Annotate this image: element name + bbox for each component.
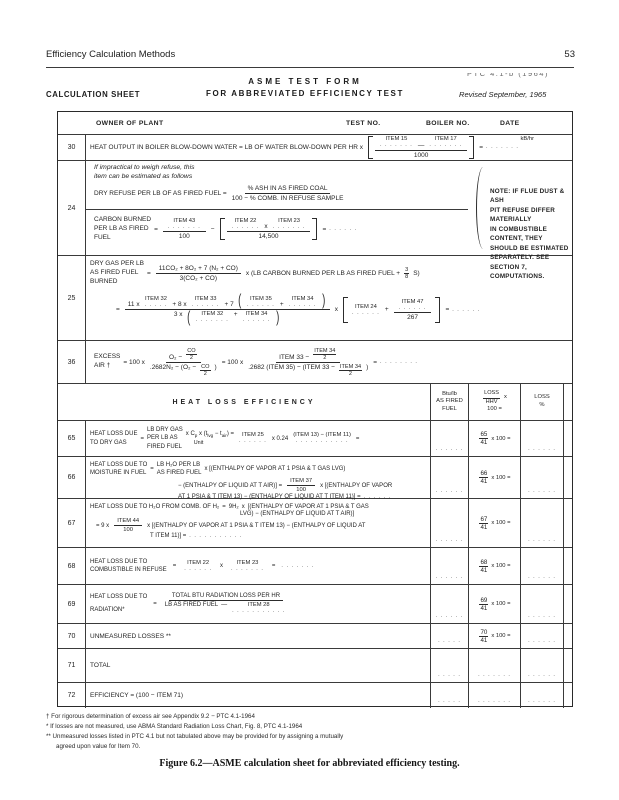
three-eighths-fraction: 3 8 <box>404 267 409 280</box>
fill-in-item-25: ITEM 25 . . . . . . <box>239 432 267 444</box>
btu-answer-blank: . . . . . <box>431 683 469 708</box>
loss-percent-column-header: LOSS % <box>521 384 564 420</box>
item-ratio-fraction: 11 x ITEM 32 . . . . . + 8 x ITEM 33 . .… <box>125 294 330 326</box>
answer-blank: . . . . . . . <box>281 563 314 569</box>
fill-in-item-34: ITEM 34 . . . . . . <box>289 296 317 308</box>
item-number: 67 <box>58 499 86 547</box>
row-68-formula: HEAT LOSS DUE TO COMBUSTIBLE IN REFUSE =… <box>86 548 431 584</box>
radiation-fraction: TOTAL BTU RADIATION LOSS PER HR LB AS FI… <box>165 593 287 614</box>
dry-refuse-label: DRY REFUSE PER LB OF AS FIRED FUEL = <box>94 190 227 197</box>
fill-in-item-24: ITEM 24 . . . . . . <box>352 304 380 316</box>
h2o-comb-loss-label: HEAT LOSS DUE TO H₂O FROM COMB. OF H₂ <box>90 504 219 510</box>
carbon-burned-label: CARBON BURNED PER LB AS FIRED FUEL <box>94 216 151 242</box>
row-36-formula: EXCESS AIR † = 100 x O₂ − CO2 .2682N₂ − … <box>86 341 572 383</box>
times-sign: x <box>335 306 338 313</box>
row-72-label-cell: EFFICIENCY = (100 − ITEM 71) <box>86 683 431 708</box>
fill-in-item-23: ITEM 23 . . . . . . . <box>231 560 264 572</box>
bracketed-fraction: ITEM 15 . . . . . . . — ITEM 17 . . . . … <box>368 136 474 158</box>
unmeasured-losses-label: UNMEASURED LOSSES ** <box>90 633 171 640</box>
minus-sign: − <box>211 226 215 233</box>
calculation-sheet-label: CALCULATION SHEET <box>46 90 140 99</box>
item-number: 70 <box>58 624 86 648</box>
row-25-formula: DRY GAS PER LB AS FIRED FUEL BURNED = 11… <box>86 256 572 340</box>
footnote-dagger: † For rigorous determination of excess a… <box>46 712 343 722</box>
left-paren: ( <box>238 294 241 308</box>
ptc-reference-clipped: PTC 4.1-b (1964) <box>448 73 568 78</box>
fill-in-item-17: ITEM 17 . . . . . . . <box>429 136 462 148</box>
row-67-formula: HEAT LOSS DUE TO H₂O FROM COMB. OF H₂ = … <box>86 499 431 547</box>
form-row-72: 72 EFFICIENCY = (100 − ITEM 71) . . . . … <box>58 683 572 708</box>
form-row-68: 68 HEAT LOSS DUE TO COMBUSTIBLE IN REFUS… <box>58 548 572 585</box>
item-47-fraction: ITEM 47 . . . . . . 267 <box>394 299 432 321</box>
dry-gas-loss-label: HEAT LOSS DUE TO DRY GAS <box>90 430 137 446</box>
fill-in-item-22: ITEM 22 . . . . . . <box>184 560 212 572</box>
btu-answer-blank: . . . . . <box>431 624 469 648</box>
right-paren: ) <box>276 311 279 325</box>
footnote-asterisk: * If losses are not measured, use ABMA S… <box>46 722 343 732</box>
dry-gas-label: DRY GAS PER LB AS FIRED FUEL BURNED <box>90 260 144 286</box>
fill-in-item-22: ITEM 22 . . . . . . <box>232 218 260 230</box>
heat-loss-title: HEAT LOSS EFFICIENCY <box>58 384 431 420</box>
revised-date: Revised September, 1965 <box>459 90 546 99</box>
fill-in-item-33: ITEM 33 . . . . . . <box>192 296 220 308</box>
item-number: 25 <box>58 256 86 340</box>
ptc-reference-text: PTC 4.1-b (1964) <box>448 73 568 78</box>
item-number: 71 <box>58 649 86 682</box>
excess-air-label: EXCESS AIR † <box>94 353 120 371</box>
answer-blank: . . . . . . . <box>486 144 519 150</box>
item-43-fraction: ITEM 43 . . . . . . . 100 <box>163 218 206 240</box>
item-number: 72 <box>58 683 86 708</box>
equals-sign: = <box>154 226 158 233</box>
loss-ratio: 6841 x 100 = <box>469 548 521 584</box>
owner-of-plant-label: OWNER OF PLANT <box>96 120 164 127</box>
btu-answer-blank: . . . . . . <box>431 548 469 584</box>
answer-blank: . . . . . . . . . . . <box>189 533 242 539</box>
loss-ratio: 6941 x 100 = <box>469 585 521 623</box>
form-row-66: 66 HEAT LOSS DUE TO MOISTURE IN FUEL = L… <box>58 457 572 499</box>
footnotes: † For rigorous determination of excess a… <box>46 712 343 752</box>
left-bracket <box>220 218 225 240</box>
excess-air-fraction-items: ITEM 33 − ITEM 342 .2682 (ITEM 35) − (IT… <box>248 348 368 377</box>
item-number: 65 <box>58 421 86 456</box>
percent-answer-blank: . . . . . . <box>521 499 564 547</box>
fill-in-items-13-11: (ITEM 13) − (ITEM 11) . . . . . . . . . … <box>293 432 351 444</box>
minus-sign: — <box>418 142 425 149</box>
equals-sign: = <box>445 306 449 313</box>
form-row-65: 65 HEAT LOSS DUE TO DRY GAS = LB DRY GAS… <box>58 421 572 457</box>
right-paren: ) <box>323 294 326 308</box>
percent-answer-blank: . . . . . . <box>521 683 564 708</box>
right-bracket <box>435 297 440 323</box>
refuse-note-line1: If impractical to weigh refuse, this <box>94 164 194 171</box>
figure-caption: Figure 6.2—ASME calculation sheet for ab… <box>0 758 619 769</box>
hhv-answer-blank: . . . . . . . <box>469 649 521 682</box>
formula-text: S) <box>413 270 420 277</box>
loss-hhv-column-header: LOSSHHV x 100 = <box>469 384 521 420</box>
cp-term: x Cp x (tlvg − tair) = Unit <box>186 430 234 448</box>
plant-header-row: OWNER OF PLANT TEST NO. BOILER NO. DATE <box>58 112 572 135</box>
btu-column-header: Btu/lb AS FIRED FUEL <box>431 384 469 420</box>
loss-ratio: 7041 x 100 = <box>469 624 521 648</box>
denominator: 1000 <box>414 151 428 159</box>
item-number: 69 <box>58 585 86 623</box>
equals-sign: = <box>479 144 483 151</box>
efficiency-label: EFFICIENCY = (100 − ITEM 71) <box>90 692 183 699</box>
loss-ratio: 6741 x 100 = <box>469 499 521 547</box>
heat-loss-table: HEAT LOSS EFFICIENCY Btu/lb AS FIRED FUE… <box>58 384 572 708</box>
hhv-answer-blank: . . . . . . . <box>469 683 521 708</box>
form-title-line2: FOR ABBREVIATED EFFICIENCY TEST <box>150 89 460 98</box>
row-71-label-cell: TOTAL <box>86 649 431 682</box>
item-44-fraction: ITEM 44 100 <box>114 518 142 533</box>
left-bracket <box>368 136 373 158</box>
heat-loss-header-row: HEAT LOSS EFFICIENCY Btu/lb AS FIRED FUE… <box>58 384 572 421</box>
btu-answer-blank: . . . . . <box>431 649 469 682</box>
btu-answer-blank: . . . . . . <box>431 585 469 623</box>
item-number: 66 <box>58 457 86 498</box>
btu-answer-blank: . . . . . . <box>431 499 469 547</box>
item-number: 68 <box>58 548 86 584</box>
row-66-formula: HEAT LOSS DUE TO MOISTURE IN FUEL = LB H… <box>86 457 431 498</box>
form-title: ASME TEST FORM FOR ABBREVIATED EFFICIENC… <box>150 77 460 98</box>
header-rule <box>46 67 574 68</box>
fill-in-item-35: ITEM 35 . . . . . . <box>247 296 275 308</box>
fill-in-item-28: ITEM 28 . . . . . . . . . . . <box>232 602 285 614</box>
answer-blank: . . . . . . . . <box>380 359 418 365</box>
percent-answer-blank: . . . . . . <box>521 457 564 498</box>
equals-sign: = <box>116 306 120 313</box>
form-row-71: 71 TOTAL . . . . . . . . . . . . . . . .… <box>58 649 572 683</box>
equals-sign: = <box>373 359 377 366</box>
right-bracket <box>312 218 317 240</box>
left-paren: ( <box>187 311 190 325</box>
percent-answer-blank: . . . . . . <box>521 585 564 623</box>
form-row-36: 36 EXCESS AIR † = 100 x O₂ − CO2 .26 <box>58 341 572 384</box>
unit-label: kB/hr <box>520 136 534 142</box>
page-number: 53 <box>564 49 575 60</box>
answer-blank: . . . . . . <box>452 307 480 313</box>
fill-in-item-34: ITEM 34 . . . . . . <box>243 311 271 323</box>
percent-answer-blank: . . . . . . <box>521 649 564 682</box>
sub-row-divider <box>86 209 468 210</box>
scanned-book-page: Efficiency Calculation Methods 53 PTC 4.… <box>0 0 619 800</box>
refuse-note-line2: item can be estimated as follows <box>94 173 192 180</box>
combustible-refuse-label: HEAT LOSS DUE TO COMBUSTIBLE IN REFUSE <box>90 558 167 574</box>
bracketed-fraction: ITEM 24 . . . . . . + ITEM 47 . . . . . … <box>343 297 440 323</box>
btu-answer-blank: . . . . . . <box>431 457 469 498</box>
running-header-title: Efficiency Calculation Methods <box>46 49 175 60</box>
footnote-double-asterisk: ** Unmeasured losses listed in PTC 4.1 b… <box>46 732 343 742</box>
item-number: 36 <box>58 341 86 383</box>
percent-answer-blank: . . . . . . <box>521 548 564 584</box>
form-row-30: 30 HEAT OUTPUT IN BOILER BLOW-DOWN WATER… <box>58 135 572 161</box>
fill-in-item-23: ITEM 23 . . . . . . . <box>273 218 306 230</box>
formula-text: x (LB CARBON BURNED PER LB AS FIRED FUEL… <box>246 270 400 277</box>
btu-answer-blank: . . . . . . <box>431 421 469 456</box>
item-37-fraction: ITEM 37 100 <box>287 478 315 493</box>
form-row-25: 25 DRY GAS PER LB AS FIRED FUEL BURNED =… <box>58 256 572 341</box>
formula-text: HEAT OUTPUT IN BOILER BLOW-DOWN WATER = … <box>90 144 363 151</box>
item-number: 24 <box>58 161 86 255</box>
answer-blank: . . . . . . <box>329 226 357 232</box>
form-title-line1: ASME TEST FORM <box>150 77 460 86</box>
equals-sign: = <box>322 226 326 233</box>
footnote-double-asterisk-cont: agreed upon value for Item 70. <box>56 742 343 752</box>
fill-in-item-32: ITEM 32 . . . . . . . <box>196 311 229 323</box>
loss-ratio: 6641 x 100 = <box>469 457 521 498</box>
boiler-no-label: BOILER NO. <box>426 120 470 127</box>
row-65-formula: HEAT LOSS DUE TO DRY GAS = LB DRY GAS PE… <box>86 421 431 456</box>
form-row-24: 24 If impractical to weigh refuse, this … <box>58 161 572 256</box>
form-row-67: 67 HEAT LOSS DUE TO H₂O FROM COMB. OF H₂… <box>58 499 572 548</box>
fill-in-item-32: ITEM 32 . . . . . <box>145 296 168 308</box>
fill-in-item-15: ITEM 15 . . . . . . . <box>380 136 413 148</box>
running-header: Efficiency Calculation Methods 53 <box>46 49 575 60</box>
row-24-formula: If impractical to weigh refuse, this ite… <box>86 161 572 255</box>
equals-sign: = <box>147 270 151 277</box>
item-number: 30 <box>58 135 86 160</box>
dry-gas-fraction: 11CO₂ + 8O₂ + 7 (N₂ + CO) 3(CO₂ + CO) <box>156 265 241 282</box>
total-label: TOTAL <box>90 662 110 669</box>
date-label: DATE <box>500 120 520 127</box>
form-row-70: 70 UNMEASURED LOSSES ** . . . . . 7041 x… <box>58 624 572 649</box>
percent-answer-blank: . . . . . . <box>521 624 564 648</box>
row-69-formula: HEAT LOSS DUE TO RADIATION* = TOTAL BTU … <box>86 585 431 623</box>
right-bracket <box>469 136 474 158</box>
form-row-69: 69 HEAT LOSS DUE TO RADIATION* = TOTAL B… <box>58 585 572 624</box>
row-30-formula: HEAT OUTPUT IN BOILER BLOW-DOWN WATER = … <box>86 135 572 160</box>
bracketed-fraction: ITEM 22 . . . . . . x ITEM 23 . . . . . … <box>220 218 318 240</box>
fill-in-item-43: ITEM 43 . . . . . . . <box>168 218 201 230</box>
row-70-label-cell: UNMEASURED LOSSES ** <box>86 624 431 648</box>
dry-refuse-fraction: % ASH IN AS FIRED COAL 100 − % COMB. IN … <box>232 185 344 202</box>
loss-ratio: 6541 x 100 = <box>469 421 521 456</box>
percent-answer-blank: . . . . . . <box>521 421 564 456</box>
times-sign: x <box>264 223 267 230</box>
radiation-loss-label: HEAT LOSS DUE TO RADIATION* <box>90 591 147 616</box>
note-brace <box>476 167 488 249</box>
moisture-loss-label: HEAT LOSS DUE TO MOISTURE IN FUEL <box>90 461 147 477</box>
test-no-label: TEST NO. <box>346 120 381 127</box>
asme-calculation-form: OWNER OF PLANT TEST NO. BOILER NO. DATE … <box>57 111 573 707</box>
excess-air-fraction-symbolic: O₂ − CO2 .2682N₂ − (O₂ − CO2 ) <box>150 348 217 377</box>
